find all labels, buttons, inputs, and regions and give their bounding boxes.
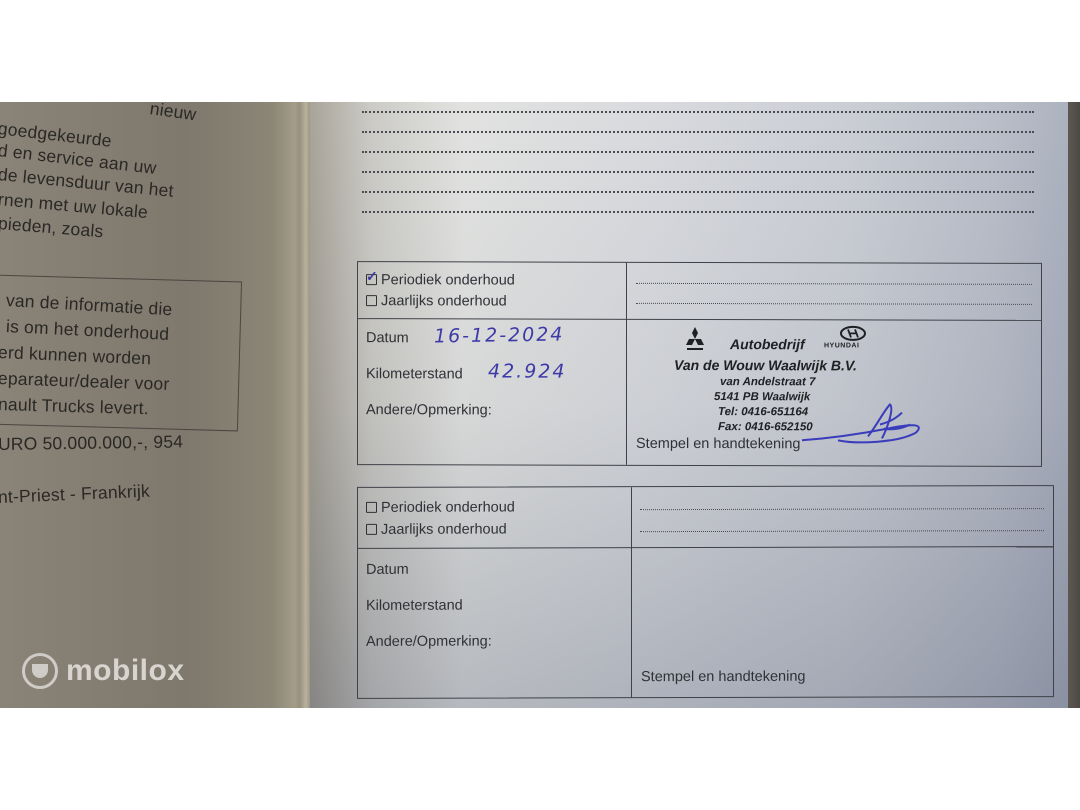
hyundai-wordmark: HYUNDAI [824,342,859,349]
periodiek-option[interactable]: Periodiek onderhoud [366,499,515,515]
stamp-label: Stempel en handtekening [641,669,805,685]
stamp-label: Stempel en handtekening [636,436,800,452]
page-edge [1068,102,1080,708]
jaarlijks-checkbox[interactable] [366,524,377,535]
mobilox-watermark: mobilox [22,653,185,689]
km-label: Kilometerstand [366,598,463,614]
datum-label: Datum [366,562,409,578]
remarks-label: Andere/Opmerking: [366,634,492,650]
notes-line [362,191,1034,193]
document-photo: nieuw goedgekeurde d en service aan uw d… [0,102,1080,708]
periodiek-checkbox[interactable] [366,502,377,513]
jaarlijks-label: Jaarlijks onderhoud [381,522,507,538]
notes-line [362,151,1034,153]
datum-value[interactable]: 16-12-2024 [434,324,565,348]
type-dotted-line [636,303,1032,305]
column-divider [631,487,632,697]
jaarlijks-checkbox[interactable] [366,295,377,306]
column-divider [626,263,627,465]
datum-label: Datum [366,330,409,346]
stamp-street: van Andelstraat 7 [720,376,815,388]
km-label: Kilometerstand [366,366,463,382]
mitsubishi-logo-icon [684,327,706,353]
type-dotted-line [636,283,1032,285]
notes-line [362,131,1034,133]
jaarlijks-option[interactable]: Jaarlijks onderhoud [366,522,507,538]
signature [798,398,928,448]
stamp-city: 5141 PB Waalwijk [714,391,810,403]
type-dotted-line [640,530,1044,532]
periodiek-option[interactable]: Periodiek onderhoud [366,272,515,288]
maintenance-entry-2: Periodiek onderhoud Jaarlijks onderhoud … [357,485,1054,699]
left-page: nieuw goedgekeurde d en service aan uw d… [0,102,310,708]
infobox-line: nault Trucks levert. [0,394,149,419]
row-divider [358,318,1041,321]
remarks-label: Andere/Opmerking: [366,402,492,418]
paragraph-line: nieuw [149,102,198,125]
periodiek-label: Periodiek onderhoud [381,499,515,515]
stamp-tel: Tel: 0416-651164 [718,406,808,418]
location-line: nt-Priest - Frankrijk [0,481,150,508]
row-divider [358,546,1053,549]
capital-line: URO 50.000.000,-, 954 [0,431,183,455]
periodiek-label: Periodiek onderhoud [381,272,515,288]
jaarlijks-label: Jaarlijks onderhoud [381,293,507,309]
notes-line [362,111,1034,113]
mobilox-logo-icon [22,653,58,689]
stamp-company: Van de Wouw Waalwijk B.V. [674,357,857,373]
periodiek-checkbox[interactable] [366,274,377,285]
type-dotted-line [640,508,1044,510]
watermark-text: mobilox [66,654,185,688]
stamp-title: Autobedrijf [730,336,805,352]
hyundai-logo-icon [839,325,867,341]
maintenance-entry-1: Periodiek onderhoud Jaarlijks onderhoud … [357,261,1042,467]
jaarlijks-option[interactable]: Jaarlijks onderhoud [366,293,507,309]
km-value[interactable]: 42.924 [488,360,566,382]
notes-line [362,171,1034,173]
notes-line [362,211,1034,213]
